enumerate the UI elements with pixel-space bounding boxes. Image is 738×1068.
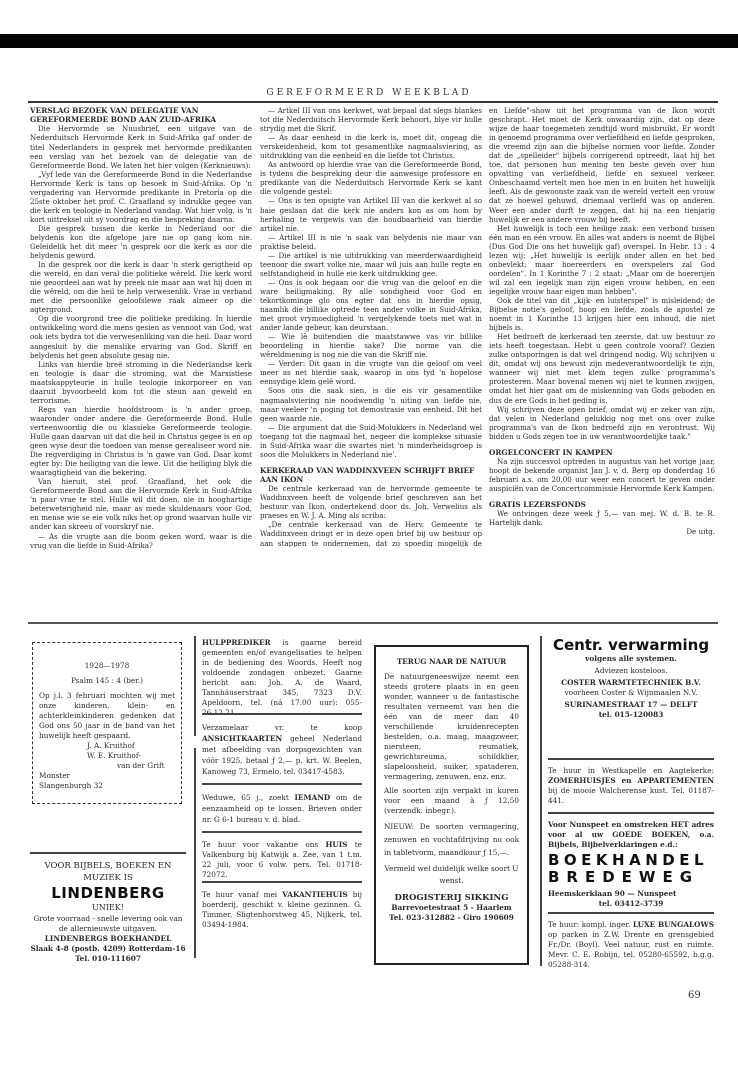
ad-hulpprediker: HULPPREDIKER is gaarne bereid gemeenten … — [202, 638, 362, 718]
ad-headline: Centr. verwarming — [548, 636, 714, 654]
ad-natuur: TERUG NAAR DE NATUUR De natuurgeneeswijz… — [374, 645, 529, 965]
ad-address: Slaak 4-8 (postb. 4209) Rotterdam-16 — [30, 944, 186, 954]
paragraph: — Die argument dat die Suid-Molukkers in… — [260, 423, 482, 459]
paragraph: Regs van hierdie hoofdstroom is 'n ander… — [30, 405, 252, 477]
paragraph: As antwoord op hierdie vrae van die Gere… — [260, 160, 482, 196]
paragraph: Het bedroeft de kerkeraad ten zeerste, d… — [489, 332, 715, 404]
ad-tel: tel. 015-120083 — [548, 710, 714, 720]
rule — [548, 812, 714, 814]
ad-name: J. A. Kruithof — [39, 741, 175, 751]
ad-company: LINDENBERGS BOEKHANDEL — [30, 934, 186, 944]
paragraph: Die gesprek tussen die kerke in Nederlan… — [30, 224, 252, 260]
rule — [202, 713, 362, 715]
ad-address: Barrevoetestraat 5 - Haarlem — [384, 903, 519, 913]
paragraph: — As die vrugte aan die boom geken word,… — [30, 532, 252, 550]
paragraph: In die gesprek oor die kerk is daar 'n s… — [30, 260, 252, 314]
ad-text: voorheen Coster & Wijnmaalen N.V. — [548, 688, 714, 698]
ads-divider — [28, 622, 718, 624]
ad-psalm: Psalm 145 : 4 (ber.) — [39, 676, 175, 686]
article-title-delegatie: VERSLAG BEZOEK VAN DELEGATIE VAN GEREFOR… — [30, 106, 252, 124]
ad-weduwe: Weduwe, 65 j., zoekt IEMAND om de eenzaa… — [202, 792, 362, 825]
ad-brand: BOEKHANDEL — [548, 852, 714, 869]
ad-place: Monster — [39, 771, 175, 781]
ad-text: Adviezen kosteloos. — [548, 666, 714, 676]
paragraph: Links van hierdie breë stroming in die N… — [30, 360, 252, 405]
ad-bredeweg: Voor Nunspeet en omstreken HET adres voo… — [548, 820, 714, 909]
ad-brand: BREDEWEG — [548, 869, 714, 886]
ad-vakantiehuis: Te huur vanaf mei VAKANTIEHUIS bij boerd… — [202, 890, 362, 930]
ad-company: COSTER WARMTETECHNIEK B.V. — [548, 678, 714, 688]
ad-lindenberg: VOOR BIJBELS, BOEKEN EN MUZIEK IS LINDEN… — [30, 860, 186, 964]
ad-keyword: IEMAND — [295, 793, 331, 802]
ad-bungalows: Te huur: kompl. inger. LUXE BUNGALOWS op… — [548, 920, 714, 970]
ad-text: bij de mooie Walcherense kust. Tel. 0118… — [548, 786, 714, 805]
ad-address: Heemskerklaan 90 — Nunspeet — [548, 889, 714, 899]
ad-tag: UNIEK! — [30, 902, 186, 914]
column-2: — Artkel III van ons kerkwet, wat bepaal… — [260, 106, 482, 547]
article-title-ikon: KERKERAAD VAN WADDINXVEEN SCHRIJFT BRIEF… — [260, 466, 482, 484]
ad-text: Vermeld wel duidelijk welke soort U wens… — [384, 863, 519, 887]
ad-text: Verzamelaar vr. te koop — [202, 723, 362, 732]
ad-text: Alle soorten zijn verpakt in kuren voor … — [384, 786, 519, 816]
header-rule — [28, 101, 718, 103]
ad-title: TERUG NAAR DE NATUUR — [384, 657, 519, 667]
paragraph: — Wie lê buitendien die maatstawwe vas v… — [260, 332, 482, 359]
ad-huis: Te huur voor vakantie ons HUIS te Valken… — [202, 840, 362, 880]
ad-keyword: VAKANTIEHUIS — [282, 890, 347, 899]
ad-zomerhuisjes: Te huur in Westkapelle en Aagtekerke: ZO… — [548, 766, 714, 806]
ad-text: Weduwe, 65 j., zoekt — [202, 793, 295, 802]
ad-text: is gaarne bereid gemeenten en/of evangel… — [202, 638, 362, 717]
rule — [202, 783, 362, 785]
ad-line: VOOR BIJBELS, BOEKEN EN — [30, 860, 186, 872]
ad-company: DROGISTERIJ SIKKING — [384, 893, 519, 903]
paragraph: Van hieruit, stel prof. Graafland, het o… — [30, 477, 252, 531]
paragraph: De centrale kerkeraad van de hervormde g… — [260, 484, 482, 520]
ad-verwarming: Centr. verwarming volgens alle systemen.… — [548, 636, 714, 720]
ad-years: 1928—1978 — [39, 661, 175, 671]
ad-ansichtkaarten: Verzamelaar vr. te koop ANSICHTKAARTEN g… — [202, 722, 362, 777]
paragraph: Soos ons die saak sien, is die eis vir g… — [260, 386, 482, 422]
ad-tel: Tel. 023-312882 - Giro 190609 — [384, 913, 519, 923]
rule — [548, 758, 714, 760]
ad-text: Te huur: kompl. inger. — [548, 920, 633, 929]
paragraph: We ontvingen deze week ƒ 5,— van mej. W.… — [489, 509, 715, 527]
ad-tel: Tel. 010-111607 — [30, 954, 186, 964]
page-number: 69 — [688, 990, 701, 1001]
ad-tel: tel. 03412-3739 — [548, 899, 714, 909]
signature: De uitg. — [489, 527, 715, 536]
vertical-rule — [194, 636, 196, 736]
rule — [202, 881, 362, 883]
paragraph: — Artikel III is nie 'n saak van belyden… — [260, 233, 482, 251]
ad-keyword: LUXE BUNGALOWS — [633, 920, 714, 929]
ad-text: Grote voorraad - snelle levering ook van… — [30, 914, 186, 934]
rule — [548, 912, 714, 914]
ad-text: De natuurgeneeswijze neemt een steeds gr… — [384, 672, 519, 782]
ad-keyword: HULPPREDIKER — [202, 638, 271, 647]
paragraph: Wij schrijven deze open brief, omdat wij… — [489, 405, 715, 441]
paragraph: Het huwelijk is toch een heilige zaak: e… — [489, 224, 715, 296]
vertical-rule — [540, 636, 542, 966]
vertical-rule — [194, 748, 196, 958]
paragraph: — Die artikel is nie uitdrukking van mee… — [260, 251, 482, 278]
paragraph: Ook de titel van dit „kijk- en luistersp… — [489, 296, 715, 332]
ad-text: op parken in Z.W. Drente en grensgebied … — [548, 930, 714, 969]
ad-text: volgens alle systemen. — [548, 654, 714, 664]
column-1: VERSLAG BEZOEK VAN DELEGATIE VAN GEREFOR… — [30, 106, 252, 550]
ad-text: Op j.l. 3 februari mochten wij met onze … — [39, 691, 175, 741]
paragraph: — Verder: Dit gaan in die vrugte van die… — [260, 359, 482, 386]
paragraph: en Liefde"-show uit het programma van de… — [489, 106, 715, 224]
paragraph: — Ons is ten opsigte van Artikel III van… — [260, 196, 482, 232]
masthead: GEREFORMEERD WEEKBLAD — [0, 88, 738, 98]
paragraph: Na zijn succesvol optreden in augustus v… — [489, 457, 715, 493]
ad-line: MUZIEK IS — [30, 872, 186, 884]
paragraph: — As daar eenheid in die kerk is, moet d… — [260, 133, 482, 160]
ad-address: SURINAMESTRAAT 17 — DELFT — [548, 700, 714, 710]
article-title-lezersfonds: GRATIS LEZERSFONDS — [489, 500, 715, 509]
ad-kruithof: 1928—1978 Psalm 145 : 4 (ber.) Op j.l. 3… — [32, 642, 182, 804]
ad-name: van der Grift — [39, 761, 175, 771]
paragraph: Op die voorgrond tree die politieke pred… — [30, 314, 252, 359]
ad-address: Slangenburgh 32 — [39, 781, 175, 791]
ad-keyword: ANSICHTKAARTEN — [202, 734, 282, 743]
ad-text: Te huur in Westkapelle en Aagtekerke: — [548, 766, 714, 775]
ad-text: Voor Nunspeet en omstreken HET adres voo… — [548, 820, 714, 850]
ad-text: Te huur voor vakantie ons — [202, 840, 325, 849]
paragraph: Die Hervormde se Nuusbrief, een uitgave … — [30, 124, 252, 169]
rule — [30, 852, 186, 854]
column-3: en Liefde"-show uit het programma van de… — [489, 106, 715, 536]
ad-text: NIEUW: De soorten vermagering, zenuwen e… — [384, 820, 519, 859]
ad-brand: LINDENBERG — [30, 884, 186, 902]
paragraph: — Ons is ook begaan oor die vrug van die… — [260, 278, 482, 332]
ad-name: W. E. Kruithof- — [39, 751, 175, 761]
ad-keyword: HUIS — [325, 840, 347, 849]
ad-text: Te huur vanaf mei — [202, 890, 282, 899]
ad-keyword: ZOMERHUISJES en APPARTEMENTEN — [548, 776, 714, 785]
paragraph: „Vyf lede van die Gereformeerde Bond in … — [30, 170, 252, 224]
top-black-bar — [0, 34, 738, 48]
rule — [202, 831, 362, 833]
article-title-orgel: ORGELCONCERT IN KAMPEN — [489, 448, 715, 457]
paragraph: — Artkel III van ons kerkwet, wat bepaal… — [260, 106, 482, 133]
paragraph: „De centrale kerkeraad van de Herv. Geme… — [260, 520, 482, 547]
